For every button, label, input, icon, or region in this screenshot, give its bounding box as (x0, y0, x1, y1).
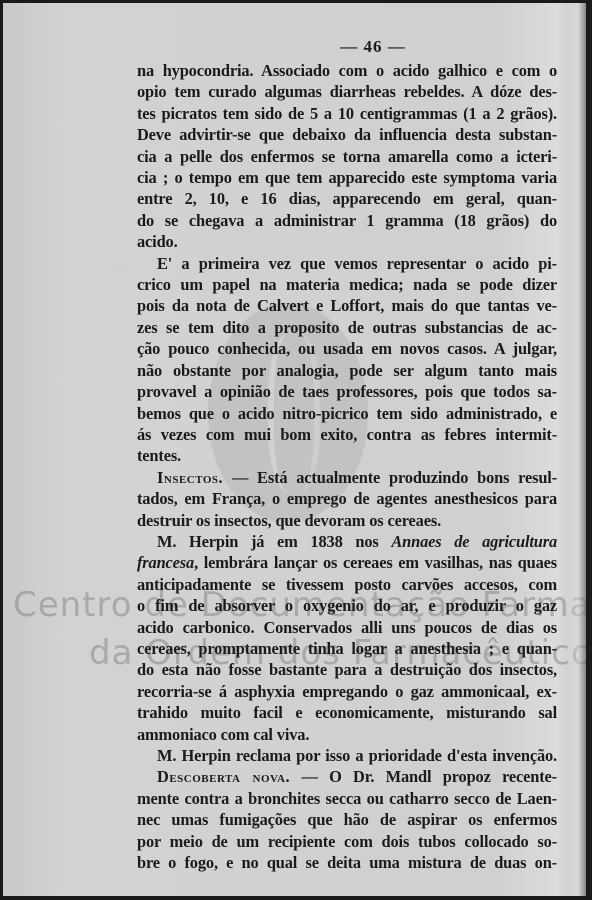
text-line: acido. (137, 231, 557, 252)
text-line: provavel a opinião de taes professores, … (137, 381, 557, 402)
text-line: mente contra a bronchites secca ou catha… (137, 788, 557, 809)
text-segment: — O Dr. Mandl propoz recente- (301, 767, 557, 786)
text-line: anticipadamente se tivessem posto carvõe… (137, 574, 557, 595)
paragraph-2: E' a primeira vez que vemos representar … (137, 253, 557, 467)
text-segment: — Está actualmente produzindo bons resul… (232, 468, 557, 487)
paragraph-1: na hypocondria. Associado com o acido ga… (137, 60, 557, 253)
page-edge-shadow (566, 3, 586, 896)
text-line: tados, em França, o emprego de agentes a… (137, 488, 557, 509)
text-line: não obstante por analogia, pode ser algu… (137, 360, 557, 381)
text-line: bemos que o acido nitro-picrico tem sido… (137, 403, 557, 424)
text-line: zes se tem dito a proposito de outras su… (137, 317, 557, 338)
text-line: cia a pelle dos enfermos se torna amarel… (137, 146, 557, 167)
section-heading-descoberta-nova: Descoberta nova. (157, 767, 290, 786)
text-line: nec umas fumigações que hão de aspirar o… (137, 809, 557, 830)
text-line: E' a primeira vez que vemos representar … (137, 253, 557, 274)
text-line: trahido muito facil e economicamente, mi… (137, 702, 557, 723)
text-line: acido carbonico. Conservados alli uns po… (137, 617, 557, 638)
text-line: ammoniaco com cal viva. (137, 724, 557, 745)
text-segment: M. Herpin já em 1838 nos (157, 532, 391, 551)
italic-title: Annaes de agricultura (391, 532, 557, 551)
text-line: cia ; o tempo em que tem apparecido este… (137, 167, 557, 188)
page-text: — 46 — na hypocondria. Associado com o a… (137, 36, 557, 873)
paragraph-descoberta-nova: Descoberta nova. — O Dr. Mandl propoz re… (137, 766, 557, 873)
text-line: bre o fogo, e no qual se deita uma mistu… (137, 852, 557, 873)
text-line: Deve advirtir-se que debaixo da influenc… (137, 124, 557, 145)
text-line: pois da nota de Calvert e Loffort, mais … (137, 295, 557, 316)
text-line: por meio de um recipiente com dois tubos… (137, 831, 557, 852)
text-line: Descoberta nova. — O Dr. Mandl propoz re… (137, 766, 557, 787)
text-line: cereaes, promptamente tinha logar a anes… (137, 638, 557, 659)
text-line: Insectos. — Está actualmente produzindo … (137, 467, 557, 488)
text-line: opio tem curado algumas diarrheas rebeld… (137, 81, 557, 102)
text-line: na hypocondria. Associado com o acido ga… (137, 60, 557, 81)
text-line: M. Herpin reclama por isso a prioridade … (137, 745, 557, 766)
text-line: o fim de absorver o oxygenio do ar, e pr… (137, 595, 557, 616)
italic-title: francesa (137, 553, 194, 572)
paragraph-insectos: Insectos. — Está actualmente produzindo … (137, 467, 557, 531)
scanned-page-background: Centro de Documentação Farmacêutica da O… (0, 0, 592, 900)
text-line: recorria-se á asphyxia empregando o gaz … (137, 681, 557, 702)
text-line: ás vezes com mui bom exito, contra as fe… (137, 424, 557, 445)
text-line: M. Herpin já em 1838 nos Annaes de agric… (137, 531, 557, 552)
text-line: destruir os insectos, que devoram os cer… (137, 510, 557, 531)
text-line: do esta não fosse bastante para a destru… (137, 659, 557, 680)
text-line: francesa, lembrára lançar os cereaes em … (137, 552, 557, 573)
text-line: do se chegava a administrar 1 gramma (18… (137, 210, 557, 231)
page-number: — 46 — (137, 36, 557, 58)
text-line: tes picratos tem sido de 5 a 10 centigra… (137, 103, 557, 124)
text-line: tentes. (137, 445, 557, 466)
text-line: entre 2, 10, e 16 dias, apparecendo em g… (137, 188, 557, 209)
paragraph-herpin-claim: M. Herpin reclama por isso a prioridade … (137, 745, 557, 766)
section-heading-insectos: Insectos. (157, 468, 223, 487)
text-line: crico um papel na materia medica; nada s… (137, 274, 557, 295)
paragraph-herpin: M. Herpin já em 1838 nos Annaes de agric… (137, 531, 557, 745)
text-segment: , lembrára lançar os cereaes em vasilhas… (194, 553, 557, 572)
text-line: ção pouco conhecida, ou usada em novos c… (137, 338, 557, 359)
